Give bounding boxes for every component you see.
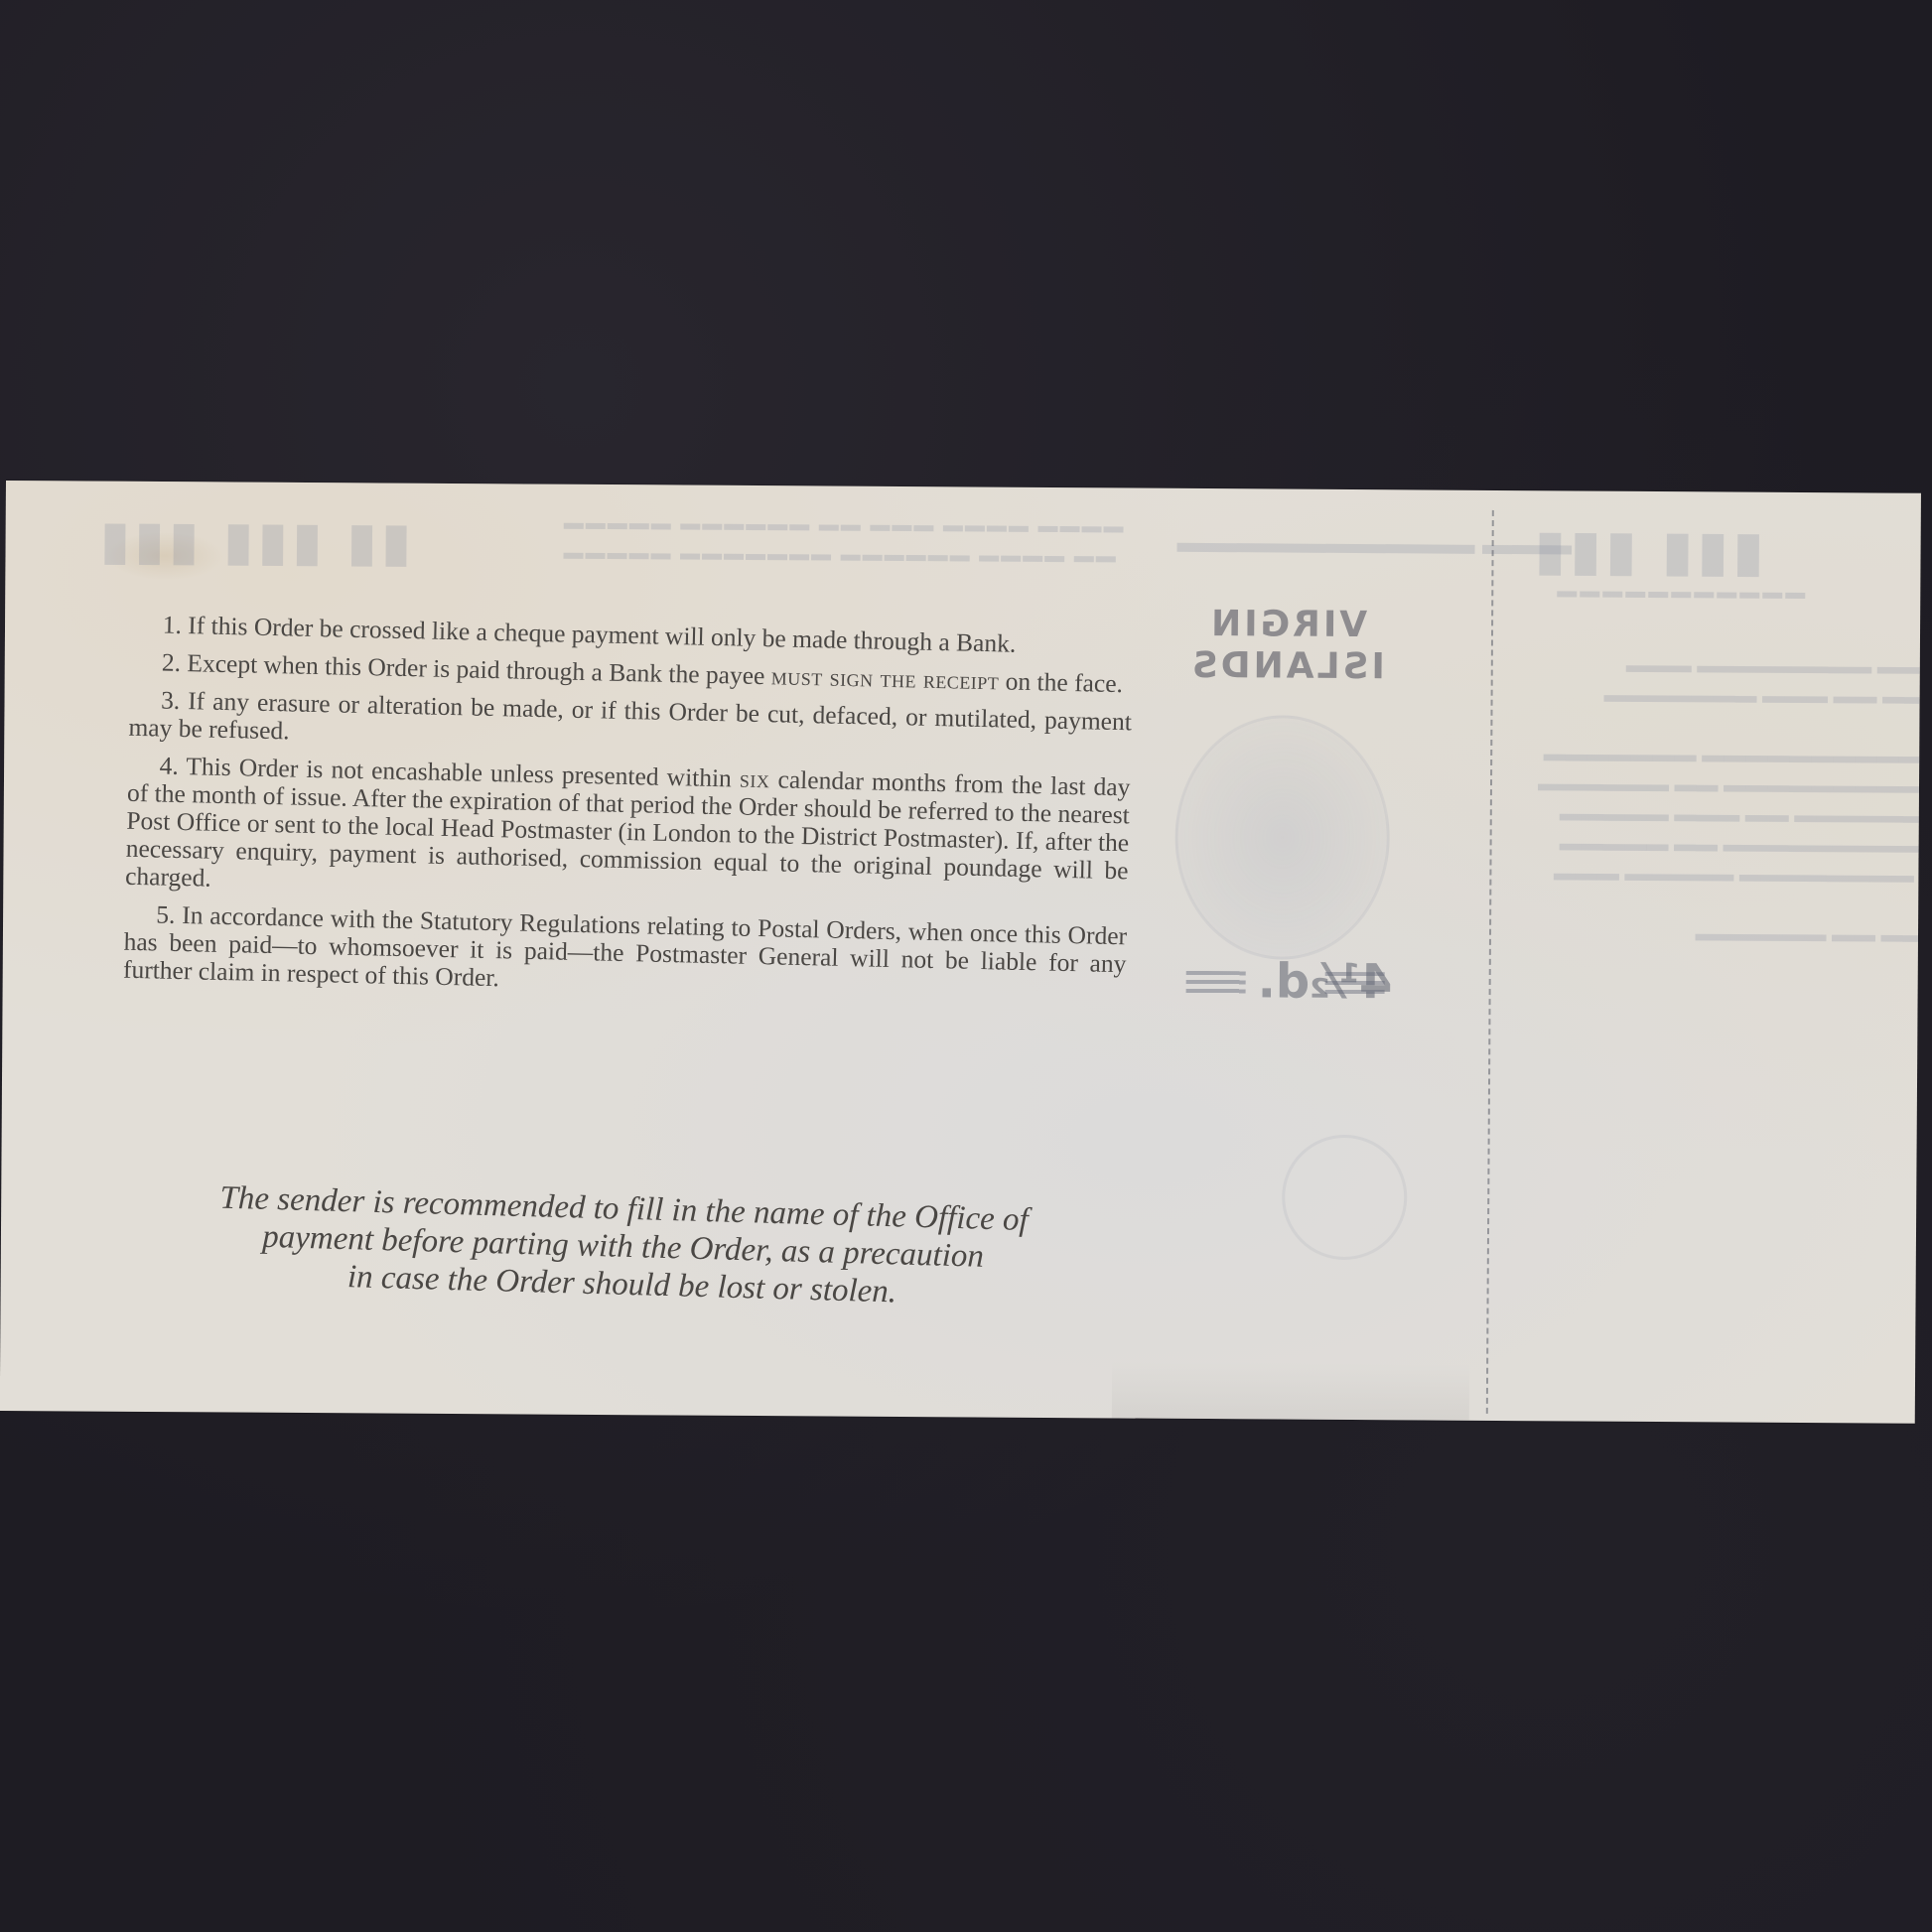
show-through-counterfoil-text: ▬▬ ▬▬ ▬▬▬▬▬▬▬▬ ▬▬▬ ▬▬▬▬ ▬▬ ▬▬▬ ▬▬▬▬▬▬▬ ▬… [1537,649,1921,950]
show-through-serial-right: ▮▮▮ ▮▮▮ [1529,518,1763,583]
show-through-serial-left: ▮▮ ▮▮▮ ▮▮▮ [94,511,410,573]
condition-number: 2. [162,648,182,677]
show-through-portrait [1174,715,1391,960]
show-through-counterfoil-heading: ▬▬▬▬▬▬▬▬▬▬▬ [1554,580,1805,605]
condition-text: In accordance with the Statutory Regulat… [123,900,1128,992]
condition-emphasis: SIX [740,764,770,794]
condition-number: 3. [161,686,181,715]
paper-stain [104,531,223,582]
overprint-virgin: VIRGIN [1208,604,1367,645]
denomination-bars-right [1325,972,1385,996]
condition-text: If any erasure or alteration be made, or… [128,686,1132,745]
sender-advice: The sender is recommended to fill in the… [115,1176,1131,1317]
condition-3: 3. If any erasure or alteration be made,… [128,686,1132,764]
condition-text: on the face. [1005,667,1123,699]
show-through-seal [1282,1135,1408,1261]
denomination-stamp: 4½d. [1175,953,1414,1015]
denomination-bars-left [1186,971,1246,995]
condition-5: 5. In accordance with the Statutory Regu… [123,900,1128,1007]
show-through-not-negotiable: ▬▬▬ ▬▬▬▬▬▬▬▬▬▬ [1176,526,1572,563]
overprint-islands: ISLANDS [1189,645,1385,687]
conditions-list: 1. If this Order be crossed like a chequ… [123,611,1134,1016]
condition-text: Except when this Order is paid through a… [187,648,765,690]
paper-crease [1112,1361,1469,1423]
denomination-value: 4½d. [1257,953,1392,1010]
condition-number: 5. [156,899,176,928]
show-through-header-line: ▬▬ ▬▬▬▬ ▬▬▬▬▬▬ ▬▬▬▬▬▬▬ ▬▬▬▬▬ [561,542,1115,569]
counterfoil-perforation [1486,510,1494,1414]
condition-number: 4. [159,752,179,780]
condition-emphasis: MUST SIGN THE RECEIPT [770,661,999,695]
condition-number: 1. [163,611,183,639]
postal-order-reverse: ▮▮ ▮▮▮ ▮▮▮ ▬▬▬▬ ▬▬▬▬ ▬▬▬ ▬▬ ▬▬▬▬▬▬ ▬▬▬▬▬… [0,481,1921,1424]
show-through-header-line: ▬▬▬▬ ▬▬▬▬ ▬▬▬ ▬▬ ▬▬▬▬▬▬ ▬▬▬▬▬ [562,512,1124,539]
condition-4: 4. This Order is not encashable unless p… [125,752,1131,913]
